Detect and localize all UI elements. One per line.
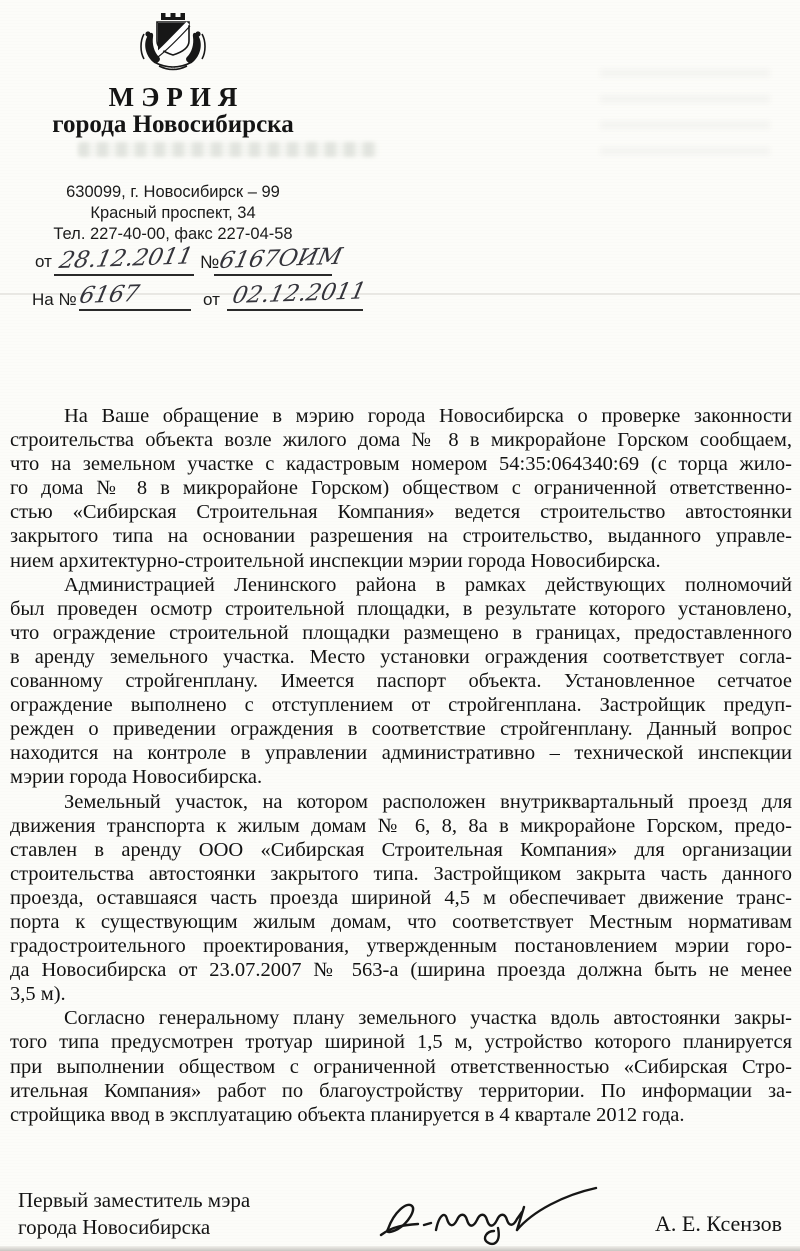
incoming-number-field: 6167 xyxy=(79,279,191,311)
bleed-through-artifact xyxy=(78,142,378,157)
body-line: при выполнении обществом с ограниченной … xyxy=(10,1055,792,1079)
outgoing-date-field: 28.12.2011 xyxy=(54,244,194,276)
body-line: На Ваше обращение в мэрию города Новосиб… xyxy=(10,404,792,428)
body-line: строительства автостоянки закрытого типа… xyxy=(10,862,792,886)
body-line: Согласно генеральному плану земельного у… xyxy=(10,1006,792,1030)
body-line: 3,5 м). xyxy=(10,982,792,1006)
body-line: ставлен в аренду ООО «Сибирская Строител… xyxy=(10,838,792,862)
outgoing-from-label: от xyxy=(35,252,52,272)
reply-to-label: На № xyxy=(32,290,77,310)
body-line: ительная Компания» работ по благоустройс… xyxy=(10,1079,792,1103)
outgoing-number-field: 6167ОИМ xyxy=(214,244,332,276)
body-line: проезда, оставшаяся часть проезда ширино… xyxy=(10,886,792,910)
outgoing-date-handwriting: 28.12.2011 xyxy=(57,243,195,274)
novosibirsk-coat-of-arms-icon xyxy=(137,11,209,71)
org-name-primary: МЭРИЯ xyxy=(0,82,346,113)
body-line: нием архитектурно-строительной инспекции… xyxy=(10,549,792,573)
address-line-3: Тел. 227-40-00, факс 227-04-58 xyxy=(0,224,346,245)
body-line: что на земельном участке с кадастровым н… xyxy=(10,452,792,476)
body-line: да Новосибирска от 23.07.2007 № 563-а (ш… xyxy=(10,958,792,982)
signature-icon xyxy=(378,1183,603,1249)
body-line: порта к существующим жилым домам, что со… xyxy=(10,910,792,934)
body-line: ограждение выполнено с отступлением от с… xyxy=(10,693,792,717)
incoming-from-label: от xyxy=(203,290,220,310)
body-line: Администрацией Ленинского района в рамка… xyxy=(10,573,792,597)
signoff-position: Первый заместитель мэра города Новосибир… xyxy=(18,1187,250,1241)
body-line: градостроительного проектирования, утвер… xyxy=(10,934,792,958)
body-line: строительства объекта возле жилого дома … xyxy=(10,428,792,452)
outgoing-number-handwriting: 6167ОИМ xyxy=(217,244,345,274)
scanned-letter-page: МЭРИЯ города Новосибирска 630099, г. Нов… xyxy=(0,0,800,1251)
body-line: Земельный участок, на котором расположен… xyxy=(10,790,792,814)
signer-name: А. Е. Ксензов xyxy=(655,1211,782,1237)
body-line: что ограждение строительной площадки раз… xyxy=(10,621,792,645)
body-line: стью «Сибирская Строительная Компания» в… xyxy=(10,500,792,524)
incoming-date-field: 02.12.2011 xyxy=(227,279,363,311)
address-line-1: 630099, г. Новосибирск – 99 xyxy=(0,182,346,203)
body-line: находится на контроле в управлении админ… xyxy=(10,741,792,765)
org-address: 630099, г. Новосибирск – 99 Красный прос… xyxy=(0,182,346,245)
incoming-number-handwriting: 6167 xyxy=(77,281,142,309)
body-line: движения транспорта к жилым домам № 6, 8… xyxy=(10,814,792,838)
bleed-through-artifact xyxy=(600,55,770,155)
address-line-2: Красный проспект, 34 xyxy=(0,203,346,224)
body-line: того типа предусмотрен тротуар шириной 1… xyxy=(10,1030,792,1054)
body-line: сованному стройгенплану. Имеется паспорт… xyxy=(10,669,792,693)
body-line: го дома № 8 в микрорайоне Горском) общес… xyxy=(10,476,792,500)
body-line: был проведен осмотр строительной площадк… xyxy=(10,597,792,621)
body-line: режден о приведении ограждения в соответ… xyxy=(10,717,792,741)
org-name-secondary: города Новосибирска xyxy=(0,111,346,139)
incoming-date-handwriting: 02.12.2011 xyxy=(230,278,368,309)
body-line: мэрии города Новосибирска. xyxy=(10,765,792,789)
signoff-position-line-1: Первый заместитель мэра xyxy=(18,1187,250,1214)
signoff-position-line-2: города Новосибирска xyxy=(18,1214,250,1241)
letter-body: На Ваше обращение в мэрию города Новосиб… xyxy=(10,404,792,1127)
body-line: в аренду земельного участка. Место устан… xyxy=(10,645,792,669)
body-line: закрытого типа на основании разрешения н… xyxy=(10,524,792,548)
body-line: стройщика ввод в эксплуатацию объекта пл… xyxy=(10,1103,792,1127)
